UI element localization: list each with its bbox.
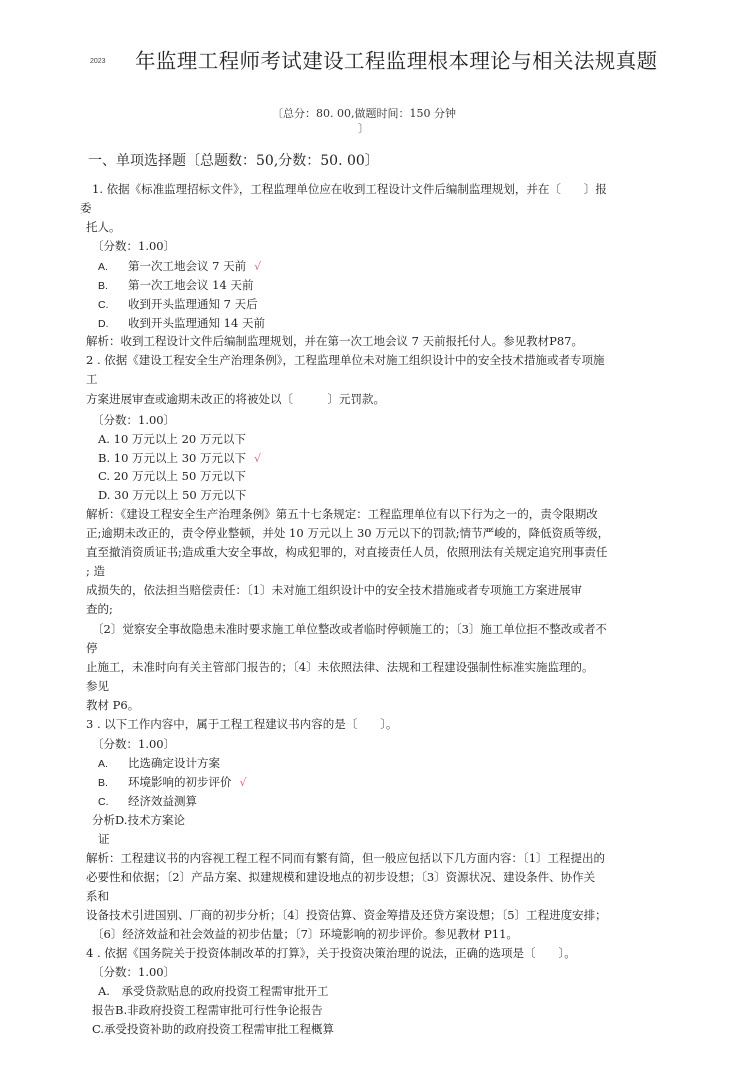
q1-analysis: 解析：收到工程设计文件后编制监理规划，并在第一次工地会议 7 天前报托付人。参见… [86, 333, 583, 349]
option-text: 经济效益测算 [128, 794, 197, 808]
option-text: 收到开头监理通知 14 天前 [128, 316, 265, 330]
option-letter: C. [98, 796, 128, 808]
q3-option-a[interactable]: A.比选确定设计方案 [98, 755, 220, 771]
option-text: 环境影响的初步评价 [128, 775, 232, 789]
option-letter: D. [98, 318, 128, 330]
q2-analysis-line: 直至撤消资质证书;造成重大安全事故，构成犯罪的，对直接责任人员，依照刑法有关规定… [86, 544, 607, 560]
q1-stem-line2: 委 [80, 200, 92, 216]
option-letter: A. [98, 758, 128, 770]
q3-analysis-line: 系和 [86, 888, 109, 904]
q1-stem-line3: 托人。 [86, 219, 121, 235]
option-text: 30 万元以上 50 万元以下 [114, 488, 246, 502]
q2-stem-line2: 工 [86, 371, 98, 387]
q1-option-a[interactable]: A.第一次工地会议 7 天前√ [98, 258, 261, 274]
q4-option-c[interactable]: C.承受投资补助的政府投资工程需审批工程概算 [92, 1021, 334, 1037]
correct-check-icon: √ [254, 452, 261, 465]
q3-option-d-line2[interactable]: 证 [98, 831, 110, 847]
q4-score: 〔分数：1.00〕 [92, 964, 175, 980]
page-title: 年监理工程师考试建设工程监理根本理论与相关法规真题 [135, 44, 658, 74]
option-text: 比选确定设计方案 [128, 756, 220, 770]
q2-analysis-line: ; 造 [86, 563, 105, 579]
q3-option-d-line1[interactable]: 分析D.技术方案论 [92, 812, 185, 828]
q3-analysis-line: 必要性和依据；〔2〕产品方案、拟建规模和建设地点的初步设想；〔3〕资源状况、建设… [86, 869, 595, 885]
option-text: 收到开头监理通知 7 天后 [128, 297, 258, 311]
q2-analysis-line: 参见 [86, 678, 109, 694]
option-letter: C. [98, 469, 110, 483]
q2-analysis-line: 成损失的，依法担当赔偿责任：〔1〕未对施工组织设计中的安全技术措施或者专项施工方… [86, 582, 582, 598]
correct-check-icon: √ [254, 260, 261, 273]
q2-analysis-line: 正;逾期未改正的，责令停业整顿，并处 10 万元以上 30 万元以下的罚款;情节… [86, 525, 609, 541]
correct-check-icon: √ [240, 776, 247, 789]
option-letter: B. [98, 451, 110, 465]
q3-analysis-line: 设备技术引进国别、厂商的初步分析；〔4〕投资估算、资金筹措及还贷方案设想；〔5〕… [86, 907, 607, 923]
q1-score: 〔分数：1.00〕 [92, 238, 175, 254]
q3-option-b[interactable]: B.环境影响的初步评价√ [98, 774, 247, 790]
option-letter: B. [98, 280, 128, 292]
q2-analysis-line: 〔2〕觉察安全事故隐患未准时要求施工单位整改或者临时停顿施工的；〔3〕施工单位拒… [92, 621, 607, 637]
q1-option-c[interactable]: C.收到开头监理通知 7 天后 [98, 296, 258, 312]
option-letter: D. [98, 488, 110, 502]
q2-option-c[interactable]: C. 20 万元以上 50 万元以下 [98, 468, 246, 484]
option-text: 第一次工地会议 7 天前 [128, 259, 246, 273]
q1-option-b[interactable]: B.第一次工地会议 14 天前 [98, 277, 253, 293]
q4-option-a[interactable]: A. 承受贷款贴息的政府投资工程需审批开工 [98, 983, 328, 999]
option-letter: B. [98, 777, 128, 789]
option-text: 第一次工地会议 14 天前 [128, 278, 253, 292]
q2-option-d[interactable]: D. 30 万元以上 50 万元以下 [98, 487, 246, 503]
q1-option-d[interactable]: D.收到开头监理通知 14 天前 [98, 315, 265, 331]
exam-meta-line1: 〔总分：80. 00,做题时间：150 分钟 [272, 105, 456, 121]
q2-option-a[interactable]: A. 10 万元以上 20 万元以下 [98, 431, 246, 447]
q2-analysis-line: 查的; [86, 601, 113, 617]
q3-score: 〔分数：1.00〕 [92, 736, 175, 752]
q4-option-b[interactable]: 报告B.非政府投资工程需审批可行性争论报告 [92, 1002, 323, 1018]
q2-option-b[interactable]: B. 10 万元以上 30 万元以下√ [98, 450, 261, 466]
exam-meta-line2: 〕 [358, 120, 369, 136]
q2-stem-line1: 2 . 依据《建设工程安全生产治理条例》，工程监理单位未对施工组织设计中的安全技… [86, 352, 605, 368]
option-text: 10 万元以上 20 万元以下 [114, 432, 246, 446]
option-letter: A. [98, 261, 128, 273]
q1-stem-line1: 1. 依据《标准监理招标文件》，工程监理单位应在收到工程设计文件后编制监理规划，… [92, 181, 607, 197]
q2-analysis-line: 停 [86, 640, 98, 656]
q2-analysis-line: 解析：《建设工程安全生产治理条例》第五十七条规定：工程监理单位有以下行为之一的，… [86, 506, 598, 522]
section-heading: 一、单项选择题〔总题数：50,分数：50. 00〕 [88, 150, 379, 170]
q2-score: 〔分数：1.00〕 [92, 412, 175, 428]
q3-option-c[interactable]: C.经济效益测算 [98, 793, 197, 809]
title-year: 2023 [90, 58, 106, 65]
q4-stem: 4 . 依据《国务院关于投资体制改革的打算》，关于投资决策治理的说法，正确的选项… [86, 945, 576, 961]
q3-analysis-line: 解析：工程建议书的内容视工程工程不同而有繁有简，但一般应包括以下几方面内容：〔1… [86, 850, 605, 866]
q2-analysis-line: 教材 P6。 [86, 697, 139, 713]
option-letter: A. [98, 432, 110, 446]
q3-stem: 3 . 以下工作内容中，属于工程工程建议书内容的是〔 〕。 [86, 716, 398, 732]
option-letter: C. [98, 299, 128, 311]
q2-stem-line3: 方案进展审查或逾期未改正的将被处以〔 〕元罚款。 [86, 391, 385, 407]
q3-analysis-line: 〔6〕经济效益和社会效益的初步估量；〔7〕环境影响的初步评价。参见教材 P11。 [92, 926, 518, 942]
option-text: 10 万元以上 30 万元以下 [114, 451, 246, 465]
q2-analysis-line: 止施工，未准时向有关主管部门报告的；〔4〕未依照法律、法规和工程建设强制性标准实… [86, 659, 594, 675]
option-text: 20 万元以上 50 万元以下 [114, 469, 246, 483]
